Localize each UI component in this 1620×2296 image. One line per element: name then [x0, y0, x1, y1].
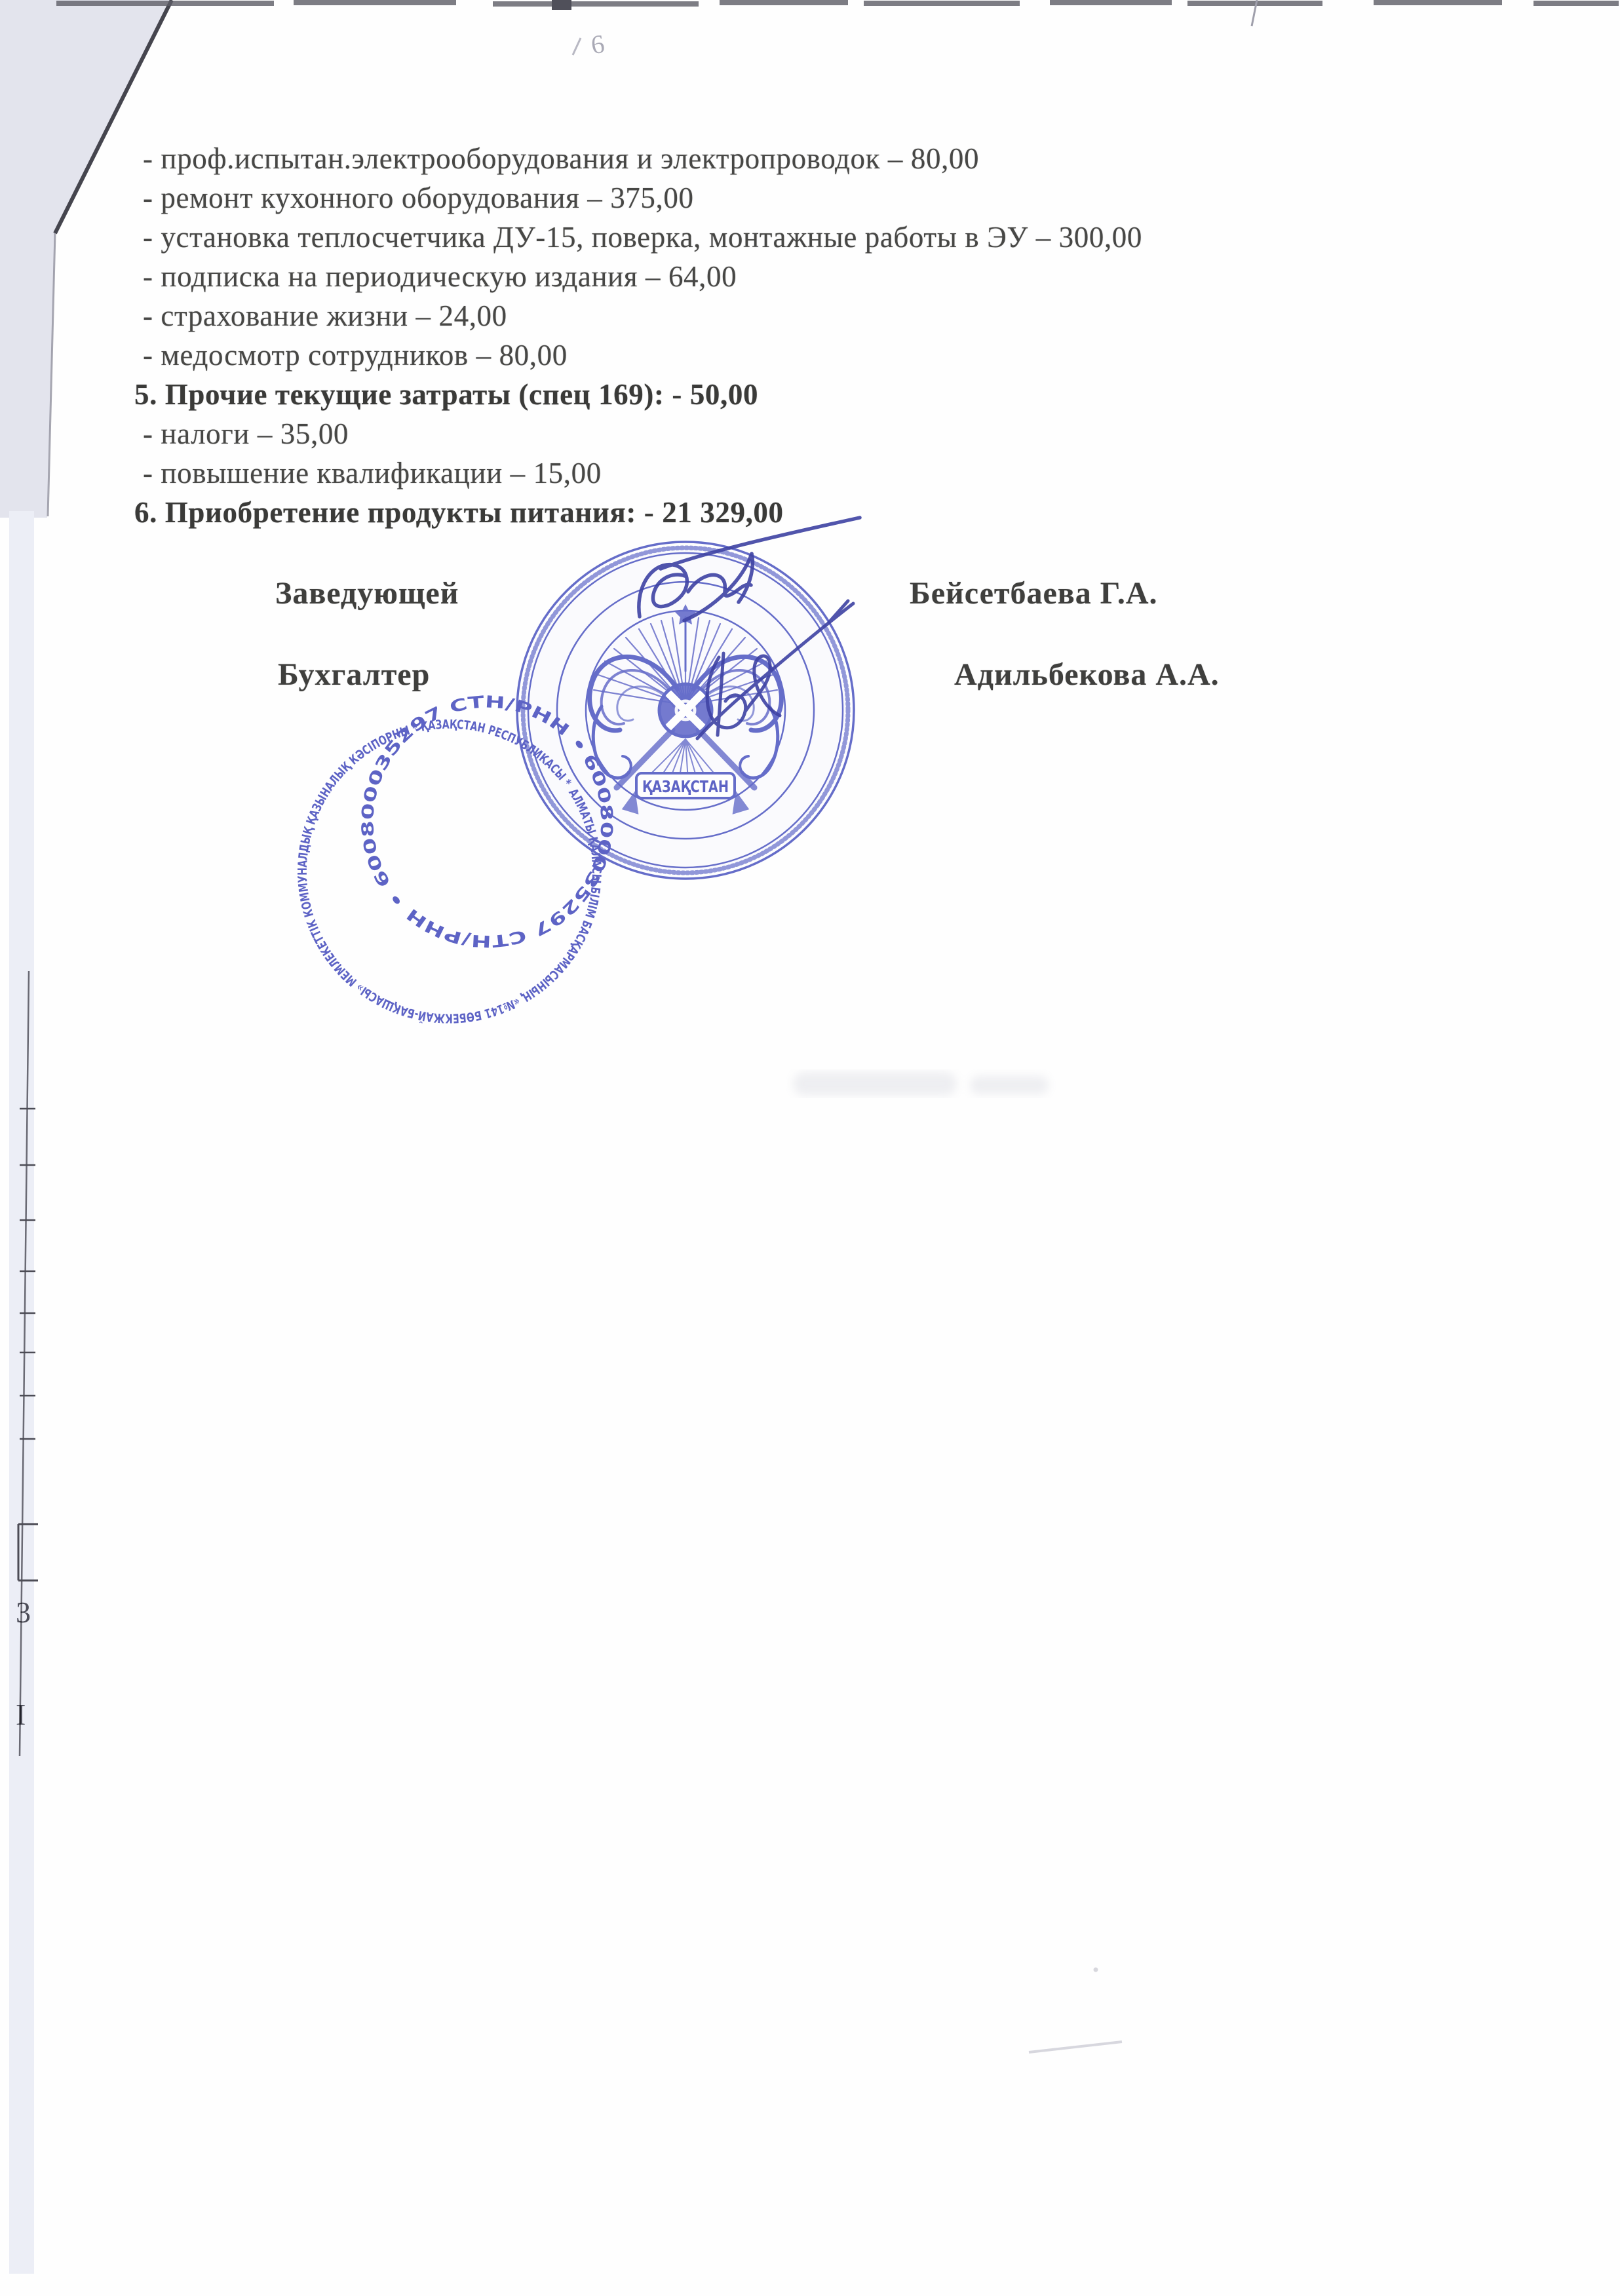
- sun-rays-lower: [651, 739, 716, 781]
- stamp-outer-ring-text: АЛМАТЫ ҚАЛАСЫ БІЛІМ БАСҚАРМАСЫНЫҢ «№141 …: [296, 717, 604, 1025]
- underlay-ruled-edge: [20, 971, 29, 1756]
- section-heading: 6. Приобретение продукты питания: - 21 3…: [134, 493, 1142, 532]
- banner-text: ҚАЗАҚСТАН: [642, 777, 729, 796]
- stamp-inner-ring-text: 600800035297 СТН/РНН • 600800035297 СТН/…: [358, 692, 617, 951]
- official-round-stamp: АЛМАТЫ ҚАЛАСЫ БІЛІМ БАСҚАРМАСЫНЫҢ «№141 …: [296, 542, 854, 1025]
- signatory-role: Бухгалтер: [278, 657, 430, 693]
- stamp-outer-circle: [517, 542, 854, 879]
- sun-rays-upper: [594, 617, 777, 705]
- lance-tassel-right: [734, 794, 747, 813]
- list-item: - налоги – 35,00: [134, 414, 1142, 453]
- stamp-ring-circle: [557, 582, 814, 839]
- shanyrak: [659, 684, 712, 737]
- lance-tassel-left: [624, 794, 637, 813]
- wing-left: [590, 657, 678, 731]
- list-item: - медосмотр сотрудников – 80,00: [134, 335, 1142, 375]
- showthrough-smudge: [793, 1072, 1049, 1096]
- list-item: - страхование жизни – 24,00: [134, 296, 1142, 335]
- pencil-mark: 6: [589, 28, 606, 60]
- list-item: - ремонт кухонного оборудования – 375,00: [134, 178, 1142, 218]
- page-underlay-strip: [9, 511, 34, 2274]
- list-item: - повышение квалификации – 15,00: [134, 453, 1142, 493]
- signatory-name: Адильбекова А.А.: [954, 657, 1220, 693]
- list-item: - проф.испытан.электрооборудования и эле…: [134, 139, 1142, 178]
- stamp-ring-circle: [528, 553, 843, 868]
- top-right-tick: [1252, 0, 1257, 26]
- margin-letter-mark: 3: [16, 1595, 31, 1630]
- signatory-name: Бейсетбаева Г.А.: [910, 575, 1157, 611]
- top-edge-band: [56, 3, 1619, 4]
- tulpar-horse-right: [740, 706, 778, 778]
- top-edge-blob: [552, 0, 571, 10]
- stamp-microtext-ring: [523, 548, 848, 873]
- underlay-cell-bracket: [18, 1524, 38, 1580]
- kazakhstan-emblem: ҚАЗАҚСТАН: [590, 604, 782, 813]
- crossed-lances: [617, 730, 754, 788]
- bottom-right-faint-line: [1029, 2042, 1122, 2052]
- scanned-document-page: - проф.испытан.электрооборудования и эле…: [0, 0, 1620, 2296]
- corner-mark-tick: [573, 38, 581, 55]
- faint-speck: [1094, 1968, 1098, 1972]
- expense-list: - проф.испытан.электрооборудования и эле…: [134, 139, 1142, 532]
- tulpar-horse-left: [593, 706, 631, 778]
- signature-director-ink: [639, 518, 860, 621]
- list-item: - подписка на периодическую издания – 64…: [134, 257, 1142, 296]
- wing-right: [693, 657, 781, 731]
- stamp-tint: [522, 546, 849, 874]
- section-heading: 5. Прочие текущие затраты (спец 169): - …: [134, 375, 1142, 414]
- fold-edge-line: [48, 233, 55, 516]
- margin-letter-mark: І: [16, 1697, 26, 1732]
- list-item: - установка теплосчетчика ДУ-15, поверка…: [134, 218, 1142, 257]
- underlay-row-ticks: [20, 1109, 35, 1439]
- country-banner: ҚАЗАҚСТАН: [636, 773, 735, 798]
- signatory-role: Заведующей: [275, 575, 459, 611]
- top-star: [675, 604, 696, 624]
- stamp-inner-circle: [586, 611, 785, 810]
- signature-accountant-ink: [697, 601, 853, 738]
